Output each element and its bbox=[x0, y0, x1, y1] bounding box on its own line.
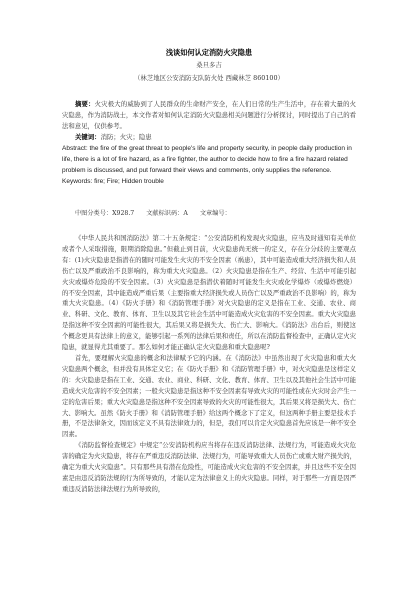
keywords-chinese: 关键词：消防；火灾；隐患 bbox=[62, 132, 356, 143]
keywords-english: Keywords: fire; Fire; Hidden trouble bbox=[62, 176, 356, 187]
abstract-label: 摘要： bbox=[75, 100, 95, 108]
classification-line: 中图分类号：X928.7文献标识码：A文章编号： bbox=[62, 209, 356, 219]
body-paragraph: 《中华人民共和国消防法》第二十五条规定：“公安消防机构发现火灾隐患，应当及时通知… bbox=[62, 233, 356, 353]
abstract-chinese: 摘要：火灾极大的威胁到了人民群众的生命财产安全，在人们日常的生产生活中，存在着大… bbox=[62, 99, 356, 132]
author-name: 桑旦多吉 bbox=[62, 60, 356, 70]
author-affiliation: （林芝地区公安消防支队防火处 西藏林芝 860100） bbox=[62, 73, 356, 83]
paper-title: 浅谈如何认定消防火灾隐患 bbox=[62, 48, 356, 58]
keywords-text: 消防；火灾；隐患 bbox=[101, 133, 152, 141]
abstract-english: Abstract: the fire of the great threat t… bbox=[62, 143, 356, 176]
body-paragraph: 《消防监督检查规定》中规定“公安消防机构应当将存在违反消防法律、法规行为，可能造… bbox=[62, 440, 356, 495]
article-number: 文章编号： bbox=[200, 210, 231, 217]
body-text: 《中华人民共和国消防法》第二十五条规定：“公安消防机构发现火灾隐患，应当及时通知… bbox=[62, 233, 356, 495]
body-paragraph: 首先，要理解火灾隐患的概念和法律赋予它的内涵。在《消防法》中虽然出现了火灾隐患和… bbox=[62, 353, 356, 440]
document-code: 文献标识码：A bbox=[146, 210, 188, 217]
document-page: 浅谈如何认定消防火灾隐患 桑旦多吉 （林芝地区公安消防支队防火处 西藏林芝 86… bbox=[62, 48, 356, 495]
keywords-label: 关键词： bbox=[75, 133, 101, 141]
clc-number: 中图分类号：X928.7 bbox=[75, 210, 134, 217]
abstract-text: 火灾极大的威胁到了人民群众的生命财产安全，在人们日常的生产生活中，存在着大量的火… bbox=[62, 100, 356, 130]
